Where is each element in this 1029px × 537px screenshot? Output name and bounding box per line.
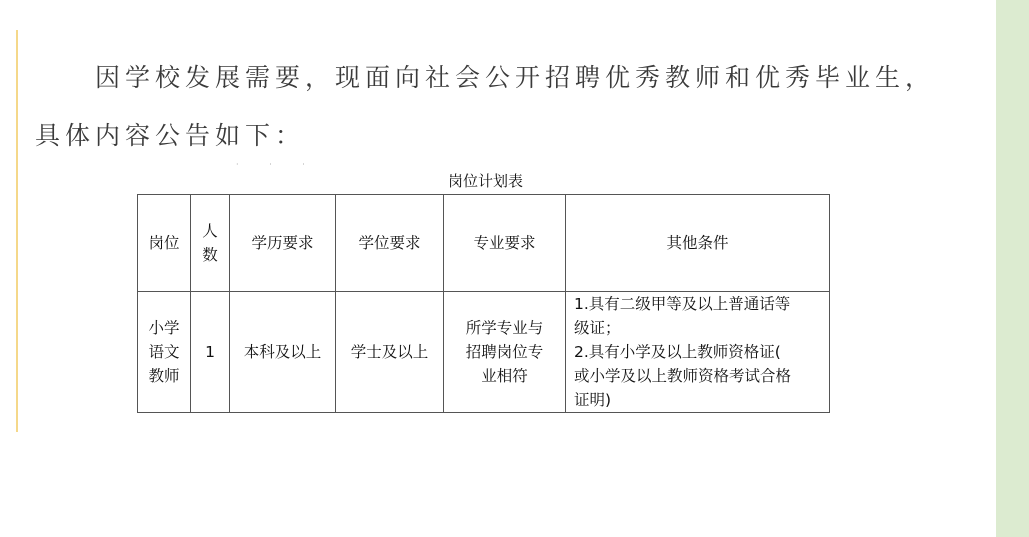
header-other: 其他条件 xyxy=(566,195,830,292)
intro-paragraph-line-1: 因学校发展需要，现面向社会公开招聘优秀教师和优秀毕业生， xyxy=(95,58,935,94)
cell-count: 1 xyxy=(191,292,230,413)
header-count: 人 数 xyxy=(191,195,230,292)
decorative-dots: · · · xyxy=(236,160,319,169)
table-header-row: 岗位 人 数 学历要求 学位要求 专业要求 其他条件 xyxy=(138,195,830,292)
header-education: 学历要求 xyxy=(230,195,336,292)
cell-major: 所学专业与 招聘岗位专 业相符 xyxy=(444,292,566,413)
intro-paragraph-line-2: 具体内容公告如下： xyxy=(35,116,305,152)
table-title: 岗位计划表 xyxy=(448,170,523,191)
cell-education: 本科及以上 xyxy=(230,292,336,413)
header-position: 岗位 xyxy=(138,195,191,292)
cell-other-conditions: 1.具有二级甲等及以上普通话等 级证； 2.具有小学及以上教师资格证( 或小学及… xyxy=(566,292,830,413)
right-side-panel xyxy=(996,0,1029,537)
header-major: 专业要求 xyxy=(444,195,566,292)
left-accent-rule xyxy=(16,30,18,432)
cell-position: 小学 语文 教师 xyxy=(138,292,191,413)
table-row: 小学 语文 教师 1 本科及以上 学士及以上 所学专业与 招聘岗位专 业相符 1… xyxy=(138,292,830,413)
position-plan-table: 岗位 人 数 学历要求 学位要求 专业要求 其他条件 小学 语文 教师 1 本科… xyxy=(137,194,830,413)
cell-degree: 学士及以上 xyxy=(336,292,444,413)
header-degree: 学位要求 xyxy=(336,195,444,292)
